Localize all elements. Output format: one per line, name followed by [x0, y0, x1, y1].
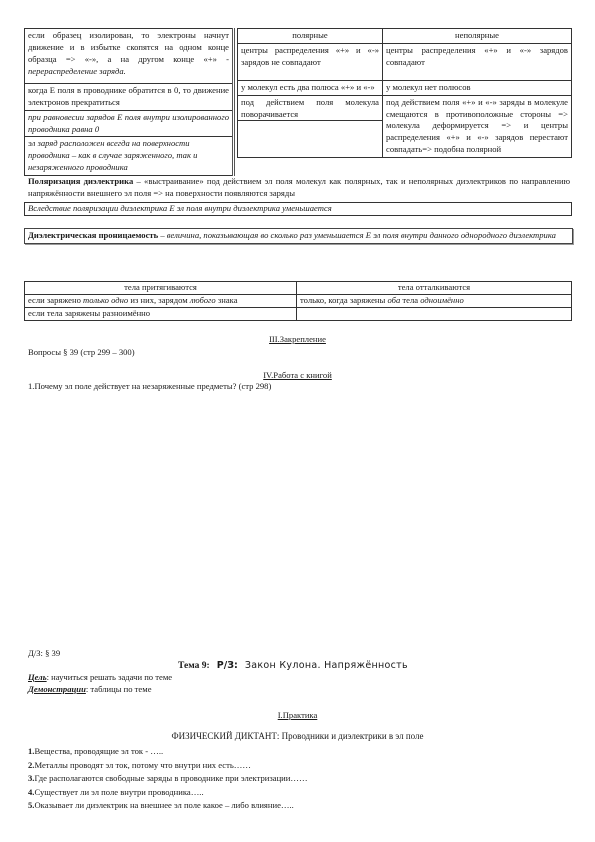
- item-text: Где располагаются свободные заряды в про…: [34, 773, 307, 783]
- table-row: центры распределения «+» и «-» зарядов н…: [238, 43, 572, 80]
- cell-text: из них, зарядом: [128, 295, 190, 305]
- cell-text: если образец изолирован, то электроны на…: [28, 30, 229, 64]
- cell-italic-text: оба: [387, 295, 400, 305]
- table-row: если заряжено только одно из них, зарядо…: [25, 294, 572, 307]
- dictation-item: 5.Оказывает ли диэлектрик на внешнее эл …: [28, 799, 570, 813]
- table-cell: если образец изолирован, то электроны на…: [25, 29, 234, 84]
- table-cell: центры распределения «+» и «-» зарядов с…: [383, 43, 572, 80]
- header-attract: тела притягиваются: [25, 282, 297, 295]
- topic-label: Тема 9:: [178, 661, 210, 671]
- section-3-title: III.Закрепление: [0, 334, 595, 346]
- header-nonpolar: неполярные: [383, 29, 572, 44]
- table-cell: [297, 307, 572, 320]
- table-row: под действием поля молекула поворачивает…: [238, 95, 572, 157]
- header-repel: тела отталкиваются: [297, 282, 572, 295]
- polarization-note-box: Вследствие поляризации диэлектрика Е эл …: [24, 202, 572, 216]
- cell-italic-text: при равновесии зарядов Е поля внутри изо…: [28, 112, 229, 134]
- topic-heading: Тема 9: Р/З: Закон Кулона. Напряжённость: [178, 659, 408, 673]
- conductor-properties-table: если образец изолирован, то электроны на…: [24, 28, 235, 176]
- table-row: если тела заряжены разноимённо: [25, 307, 572, 320]
- definition-text: величина, показывающая во сколько раз ум…: [167, 230, 556, 240]
- dictation-item: 2.Металлы проводят эл ток, потому что вн…: [28, 759, 570, 773]
- section-3-text: Вопросы § 39 (стр 299 – 300): [28, 347, 570, 359]
- table-row: у молекул есть два полюса «+» и «-» у мо…: [238, 80, 572, 95]
- cell-italic-text: только одно: [83, 295, 128, 305]
- item-text: Оказывает ли диэлектрик на внешнее эл по…: [34, 800, 293, 810]
- dictation-item: 4.Существует ли эл поле внутри проводник…: [28, 786, 570, 800]
- header-polar: полярные: [238, 29, 383, 44]
- cell-text: под действием поля молекула поворачивает…: [238, 96, 382, 121]
- table-header-row: тела притягиваются тела отталкиваются: [25, 282, 572, 295]
- table-cell: у молекул нет полюсов: [383, 80, 572, 95]
- topic-type: Р/З:: [217, 660, 238, 671]
- dictation-list: 1.Вещества, проводящие эл ток - ….. 2.Ме…: [28, 745, 570, 813]
- table-cell: при равновесии зарядов Е поля внутри изо…: [25, 110, 234, 137]
- item-text: Вещества, проводящие эл ток - …..: [34, 746, 163, 756]
- item-text: Металлы проводят эл ток, потому что внут…: [34, 760, 251, 770]
- demo-line: Демонстрации: таблицы по теме: [28, 684, 570, 696]
- goal-text: : научиться решать задачи по теме: [47, 672, 172, 682]
- table-row: при равновесии зарядов Е поля внутри изо…: [25, 110, 234, 137]
- topic-title: Закон Кулона. Напряжённость: [245, 660, 408, 671]
- permittivity-definition-box: Диэлектрическая проницаемость – величина…: [24, 228, 573, 244]
- table-row: если образец изолирован, то электроны на…: [25, 29, 234, 84]
- table-header-row: полярные неполярные: [238, 29, 572, 44]
- goal-line: Цель: научиться решать задачи по теме: [28, 672, 570, 684]
- dash: –: [158, 230, 167, 240]
- table-cell: если тела заряжены разноимённо: [25, 307, 297, 320]
- cell-text: только, когда заряжены: [300, 295, 387, 305]
- polarization-definition: Поляризация диэлектрика – «выстраивание»…: [28, 176, 570, 200]
- polar-nonpolar-table: полярные неполярные центры распределения…: [237, 28, 572, 158]
- table-cell: под действием поля молекула поворачивает…: [238, 95, 383, 157]
- cell-text: если заряжено: [28, 295, 83, 305]
- bodies-interaction-table: тела притягиваются тела отталкиваются ес…: [24, 281, 572, 321]
- table-cell: если заряжено только одно из них, зарядо…: [25, 294, 297, 307]
- section-4-question: 1.Почему эл поле действует на незаряженн…: [28, 381, 570, 393]
- demo-label: Демонстрации: [28, 684, 86, 694]
- demo-text: : таблицы по теме: [86, 684, 152, 694]
- table-cell: когда Е поля в проводнике обратится в 0,…: [25, 84, 234, 111]
- table-cell: эл заряд расположен всегда на поверхност…: [25, 137, 234, 176]
- dictation-item: 1.Вещества, проводящие эл ток - …..: [28, 745, 570, 759]
- dictation-title: ФИЗИЧЕСКИЙ ДИКТАНТ: Проводники и диэлект…: [0, 730, 595, 742]
- cell-italic-text: одноимённо: [420, 295, 464, 305]
- goal-label: Цель: [28, 672, 47, 682]
- cell-text: когда Е поля в проводнике обратится в 0,…: [28, 85, 229, 107]
- note-text: Вследствие поляризации диэлектрика Е эл …: [28, 203, 332, 213]
- practice-title: I.Практика: [0, 710, 595, 722]
- term: Поляризация диэлектрика: [28, 176, 133, 186]
- cell-italic-text: эл заряд расположен всегда на поверхност…: [28, 138, 197, 172]
- table-row: эл заряд расположен всегда на поверхност…: [25, 137, 234, 176]
- table-cell: у молекул есть два полюса «+» и «-»: [238, 80, 383, 95]
- section-title-text: IV.Работа с книгой: [263, 370, 332, 380]
- section-title-text: III.Закрепление: [269, 334, 326, 344]
- section-title-text: I.Практика: [278, 710, 318, 720]
- table-row: когда Е поля в проводнике обратится в 0,…: [25, 84, 234, 111]
- cell-italic-text: перераспределение заряда.: [28, 66, 126, 76]
- table-cell: только, когда заряжены оба тела одноимён…: [297, 294, 572, 307]
- item-text: Существует ли эл поле внутри проводника……: [34, 787, 203, 797]
- term: Диэлектрическая проницаемость: [28, 230, 158, 240]
- table-cell: центры распределения «+» и «-» зарядов н…: [238, 43, 383, 80]
- cell-text: тела: [400, 295, 420, 305]
- cell-text: знака: [216, 295, 238, 305]
- dictation-item: 3.Где располагаются свободные заряды в п…: [28, 772, 570, 786]
- cell-italic-text: любого: [190, 295, 216, 305]
- table-cell: под действием поля «+» и «-» заряды в мо…: [383, 95, 572, 157]
